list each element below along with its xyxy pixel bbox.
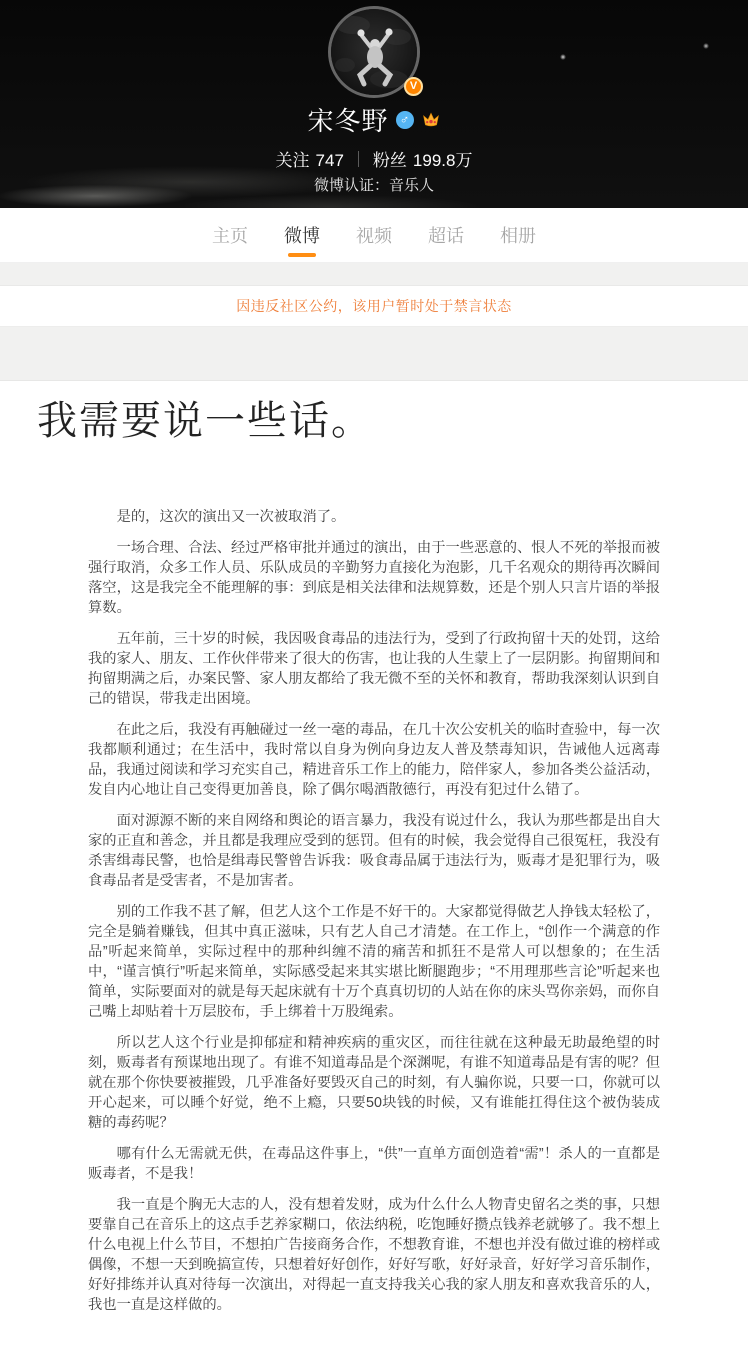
post-paragraph: 哪有什么无需就无供，在毒品这件事上，“供”一直单方面创造着“需”！杀人的一直都是… <box>88 1144 660 1184</box>
post-paragraph: 别的工作我不甚了解，但艺人这个工作是不好干的。大家都觉得做艺人挣钱太轻松了，完全… <box>88 902 660 1022</box>
name-row: 宋冬野 ♂ <box>0 101 748 138</box>
tab-supertopic[interactable]: 超话 <box>428 208 464 262</box>
weibo-profile-page: V 宋冬野 ♂ 关注747 粉丝199.8万 微博认证：音 <box>0 0 748 1341</box>
gray-strip-top <box>0 263 748 286</box>
tab-weibo[interactable]: 微博 <box>284 208 320 262</box>
verified-badge-icon: V <box>404 77 423 96</box>
post-body: 是的，这次的演出又一次被取消了。 一场合理、合法、经过严格审批并通过的演出，由于… <box>0 507 748 1315</box>
tab-video[interactable]: 视频 <box>356 208 392 262</box>
ban-notice-text: 因违反社区公约，该用户暂时处于禁言状态 <box>236 296 512 316</box>
vip-crown-icon <box>421 110 441 130</box>
profile-name: 宋冬野 <box>307 101 388 138</box>
post-title: 我需要说一些话。 <box>37 393 748 449</box>
tab-home[interactable]: 主页 <box>212 208 248 262</box>
following-label: 关注 <box>276 151 310 170</box>
following-number: 747 <box>316 151 344 170</box>
verification-text: 微博认证：音乐人 <box>0 174 748 195</box>
profile-tabbar: 主页 微博 视频 超话 相册 <box>0 208 748 263</box>
post-paragraph: 所以艺人这个行业是抑郁症和精神疾病的重灾区，而往往就在这种最无助最绝望的时刻，贩… <box>88 1033 660 1133</box>
ban-notice-bar: 因违反社区公约，该用户暂时处于禁言状态 <box>0 286 748 327</box>
stats-divider <box>358 151 359 167</box>
gray-strip-bottom <box>0 327 748 381</box>
following-count[interactable]: 关注747 <box>276 146 344 171</box>
post-paragraph: 五年前，三十岁的时候，我因吸食毒品的违法行为，受到了行政拘留十天的处罚，这给我的… <box>88 629 660 709</box>
profile-header: V 宋冬野 ♂ 关注747 粉丝199.8万 微博认证：音 <box>0 0 748 208</box>
post-paragraph: 我一直是个胸无大志的人，没有想着发财，成为什么什么人物青史留名之类的事，只想要靠… <box>88 1195 660 1315</box>
post-content: 我需要说一些话。 是的，这次的演出又一次被取消了。 一场合理、合法、经过严格审批… <box>0 381 748 1341</box>
avatar-wrap: V <box>328 6 420 98</box>
post-paragraph: 是的，这次的演出又一次被取消了。 <box>88 507 660 527</box>
tab-weibo-label: 微博 <box>284 222 320 248</box>
followers-number: 199.8万 <box>413 151 473 170</box>
stats-row: 关注747 粉丝199.8万 <box>0 146 748 171</box>
active-tab-indicator <box>288 253 316 257</box>
post-paragraph: 面对源源不断的来自网络和舆论的语言暴力，我没有说过什么，我认为那些都是出自大家的… <box>88 811 660 891</box>
post-paragraph: 一场合理、合法、经过严格审批并通过的演出，由于一些恶意的、恨人不死的举报而被强行… <box>88 538 660 618</box>
post-paragraph: 在此之后，我没有再触碰过一丝一毫的毒品，在几十次公安机关的临时查验中，每一次我都… <box>88 720 660 800</box>
followers-count[interactable]: 粉丝199.8万 <box>373 146 473 171</box>
tab-album[interactable]: 相册 <box>500 208 536 262</box>
male-gender-icon: ♂ <box>396 111 414 129</box>
followers-label: 粉丝 <box>373 151 407 170</box>
